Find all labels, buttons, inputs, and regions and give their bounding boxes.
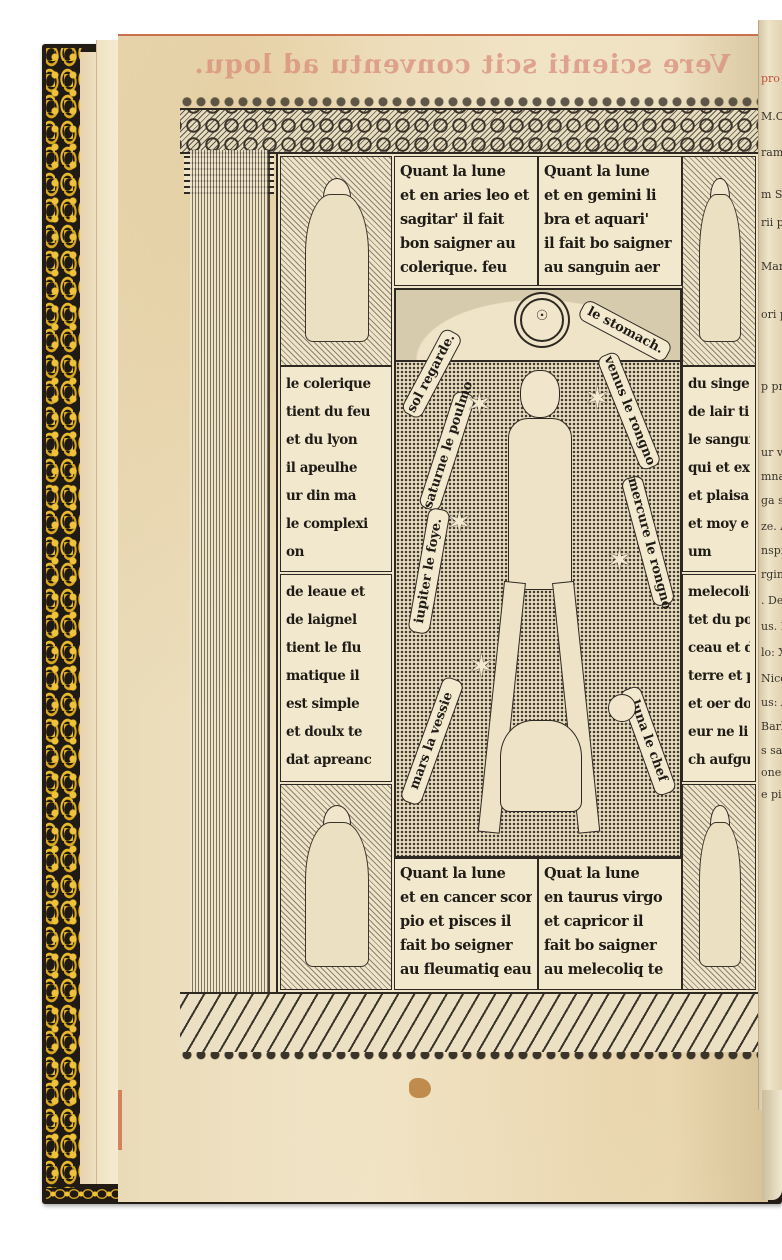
text-line: et oer do [688,690,750,718]
woodcut-frame: Quant la lune et en aries leo et sagitar… [180,78,760,1068]
sun-face-icon: ☉ [520,298,564,342]
text-box-top-left: Quant la lune et en aries leo et sagitar… [394,156,538,286]
text-line: tient le flu [286,634,386,662]
armored-man-lion-icon [305,194,369,342]
leaf-fragment: p pref [761,380,782,393]
text-line: Quant la lune [544,160,676,184]
text-line: um [688,538,750,566]
text-line: ceau et d [688,634,750,662]
text-line: et plaisa [688,482,750,510]
text-line: eur ne li [688,718,750,746]
text-line: et du lyon [286,426,386,454]
corner-figure-aries-leo [280,156,392,366]
crouching-figure-icon [500,720,582,812]
scroll-mars: mars la vessie [399,675,465,807]
text-line: de leaue et [286,578,386,606]
star-icon: ✶ [584,382,611,414]
text-line: tet du po [688,606,750,634]
woodcut-panel: Quant la lune et en aries leo et sagitar… [276,152,760,996]
text-line: de laignel [286,606,386,634]
star-icon: ✶ [606,544,633,576]
page-curl [762,1090,782,1200]
leaf-fragment: ones san [761,766,782,779]
corner-figure-bottom-left [280,784,392,990]
text-line: fait bo seigner [400,934,532,958]
frame-border-bottom [180,992,760,1052]
text-line: Quat la lune [544,862,676,886]
text-line: sagitar' il fait [400,208,532,232]
text-line: est simple [286,690,386,718]
leaf-fragment: Marian a [761,260,782,273]
text-line: le sangui [688,426,750,454]
text-line: melecolici [688,578,750,606]
text-line: tient du feu [286,398,386,426]
leaf-fragment: ze. Ad [761,520,782,533]
text-line: et en cancer scor [400,886,532,910]
text-line: bra et aquari' [544,208,676,232]
text-box-right-lower: melecolici tet du po ceau et d terre et … [682,574,756,782]
leaf-fragment: nspirla [761,544,782,557]
text-line: dat apreanc [286,746,386,774]
leaf-fragment: mna Vg [761,470,782,483]
text-box-top-right: Quant la lune et en gemini li bra et aqu… [538,156,682,286]
adjacent-leaf-edge: pro M.CCCC ramus Ro m Sanct rii pastor M… [758,20,782,1110]
leaf-fragment: Nico A [761,672,782,685]
text-box-bottom-left: Quant la lune et en cancer scor pio et p… [394,858,538,990]
corner-figure-bottom-right [682,784,756,990]
text-line: du singe [688,370,750,398]
text-line: au sanguin aer [544,256,676,280]
showthrough-text: Vere scienti scit conventu ad loqu. [162,50,762,80]
man-with-lamb-icon [305,822,369,967]
text-line: et en aries leo et [400,184,532,208]
leaf-fragment: pro [761,72,780,85]
moon-face-icon [608,694,636,722]
frame-border-top [180,108,760,154]
text-line: ch aufgu [688,746,750,774]
text-line: le complexi [286,510,386,538]
man-with-staff-icon [699,822,741,967]
text-line: au fleumatiq eau [400,958,532,982]
text-line: bon saigner au [400,232,532,256]
text-line: et capricor il [544,910,676,934]
text-line: en taurus virgo [544,886,676,910]
leaf-fragment: . De a [761,594,782,607]
leaf-fragment: lo: Xpo [761,646,782,659]
star-icon: ✶ [468,650,495,682]
text-line: il apeulhe [286,454,386,482]
star-icon: ✶ [466,388,493,420]
text-line: au melecoliq te [544,958,676,982]
text-line: Quant la lune [400,862,532,886]
text-line: le colerique [286,370,386,398]
leaf-fragment: m Sanct [761,188,782,201]
leaf-fragment: Barbara [761,720,782,733]
leaf-fragment: rginé [761,568,782,581]
gilt-tooled-border [46,48,82,1198]
leaf-fragment: M.CCCC [761,110,782,123]
text-box-left-upper: le colerique tient du feu et du lyon il … [280,366,392,572]
torso-icon [508,418,572,590]
leaf-fragment: e pin [761,788,782,801]
text-line: et moy e [688,510,750,538]
leaf-fragment: ur vite v [761,446,782,459]
leaf-fragment: ori pa [761,308,782,321]
text-line: et doulx te [286,718,386,746]
text-line: colerique. feu [400,256,532,280]
scroll-jupiter: iupiter le foye. [407,507,451,635]
leaf-fragment: ga solu [761,494,782,507]
standing-man-icon [699,194,741,342]
text-box-left-lower: de leaue et de laignel tient le flu mati… [280,574,392,782]
foxing-stain [409,1078,431,1098]
corner-figure-top-right [682,156,756,366]
leaf-fragment: rii pastor [761,216,782,229]
leaf-fragment: ramus Ro [761,146,782,159]
leaf-fragment: us: Anna [761,696,782,709]
text-line: on [286,538,386,566]
leaf-fragment: s sanct [761,744,782,757]
text-line: fait bo saigner [544,934,676,958]
gothic-pillar [190,150,270,992]
text-box-right-upper: du singe de lair ti le sangui qui et ex … [682,366,756,572]
text-line: pio et pisces il [400,910,532,934]
text-line: qui et ex [688,454,750,482]
text-line: matique il [286,662,386,690]
text-line: il fait bo saigner [544,232,676,256]
text-line: Quant la lune [400,160,532,184]
text-line: ur din ma [286,482,386,510]
red-edge-stain [118,1090,122,1150]
head-icon [520,370,560,418]
frame-crest-ornament [180,78,760,112]
text-line: et en gemini li [544,184,676,208]
star-icon: ✶ [446,506,473,538]
text-box-bottom-right: Quat la lune en taurus virgo et capricor… [538,858,682,990]
leaf-fragment: us. De [761,620,782,633]
text-line: de lair ti [688,398,750,426]
zodiac-man-woodcut: ☉ sol regarde. le stomach. saturne le po… [394,288,682,858]
text-line: terre et pe [688,662,750,690]
